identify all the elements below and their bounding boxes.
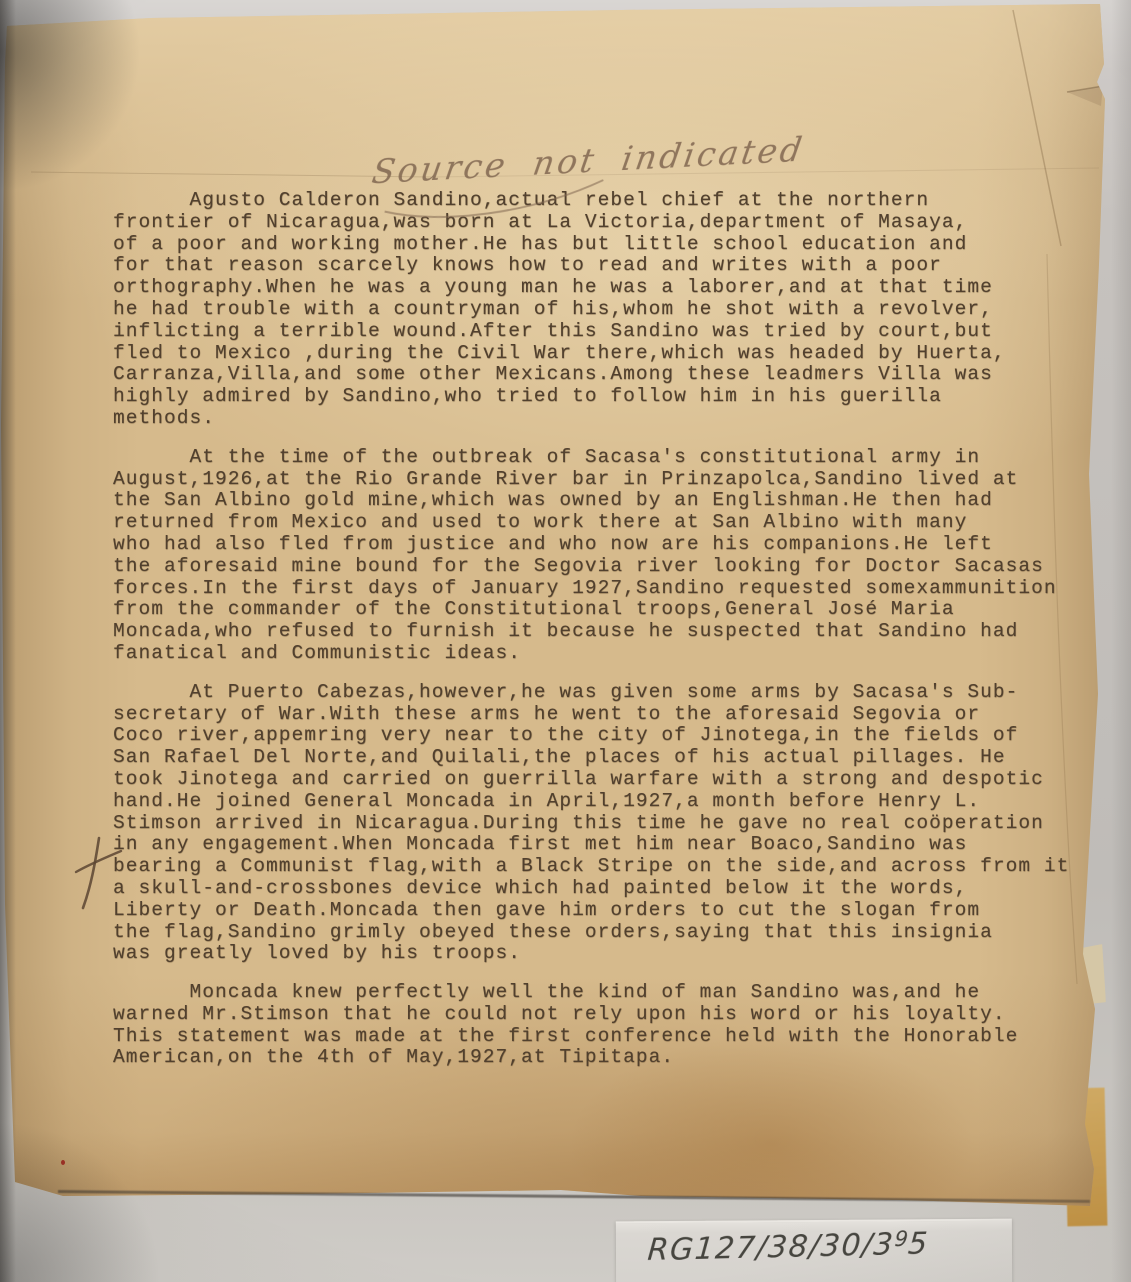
- paragraph-2: At the time of the outbreak of Sacasa's …: [113, 447, 1078, 665]
- archive-label-text: RG127/38/30/395: [614, 1218, 930, 1269]
- archive-label-part3: 5: [907, 1226, 930, 1262]
- paragraph-3: At Puerto Cabezas,however,he was given s…: [113, 682, 1078, 965]
- paper-sheet: Source not indicated Agusto Calderon San…: [1, 4, 1107, 1212]
- archive-label-part1: RG127/38/30/3: [646, 1227, 895, 1268]
- paragraph-4: Moncada knew perfectly well the kind of …: [113, 982, 1078, 1069]
- red-speck: [61, 1160, 65, 1165]
- margin-x-mark: [73, 834, 125, 912]
- document-photo: Source not indicated Agusto Calderon San…: [0, 0, 1131, 1282]
- paragraph-1: Agusto Calderon Sandino,actual rebel chi…: [113, 190, 1078, 430]
- archive-label-slip: RG127/38/30/395: [616, 1219, 1012, 1282]
- typed-text-block: Agusto Calderon Sandino,actual rebel chi…: [113, 190, 1078, 1069]
